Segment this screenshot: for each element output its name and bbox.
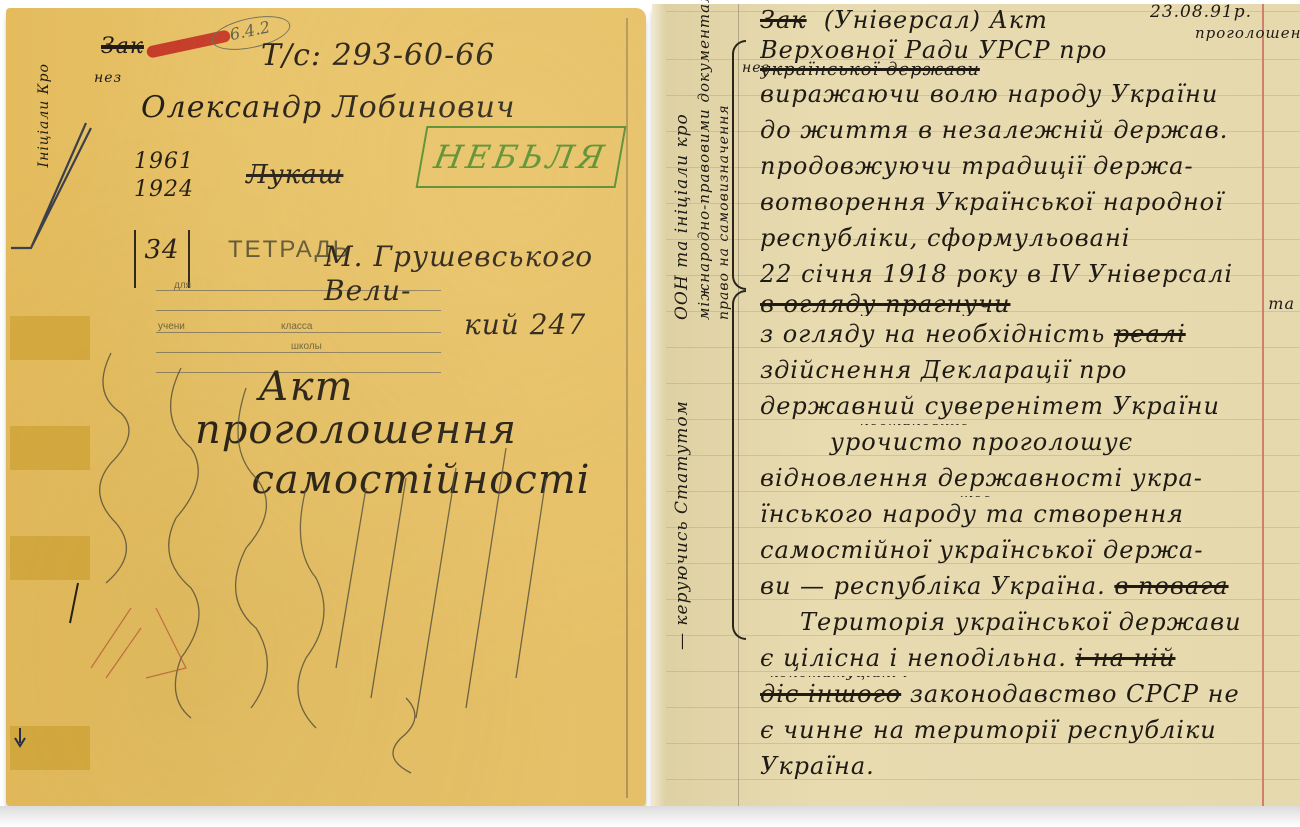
text-line: виражаючи волю народу України [760, 76, 1295, 112]
vertical-note-4: — керуючись Статутом [672, 330, 692, 650]
vertical-note-2: міжнародно-правовими документами [694, 60, 714, 320]
text-line: державний суверенітет України [760, 388, 1295, 424]
cover-vertical-note: Ініціали Кро [34, 63, 54, 167]
text-line: в огляду прагнучи та [760, 292, 1295, 316]
text-line: продовжуючи традиції держа- [760, 148, 1295, 184]
text-line: самостійної української держа- [760, 532, 1295, 568]
photo-bottom-edge [0, 806, 1300, 827]
text-line: з огляду на необхідність реалі [760, 316, 1295, 352]
text-line: вотворення Української народної [760, 184, 1295, 220]
text-line: постановляє урочисто проголошує [760, 424, 1295, 460]
text-line: Україна. [760, 748, 1295, 784]
pencil-scribbles [6, 8, 646, 806]
text-line: Територія української держави [760, 604, 1295, 640]
margin-bracket [732, 290, 746, 640]
notebook-cover: Зак 6.4.2 Т/с: 293-60-66 нез Олександр Л… [6, 8, 646, 806]
handwritten-text: Зак (Універсал) Акт Верховної Ради УРСР … [760, 2, 1295, 784]
text-line: 22 січня 1918 року в IV Універсалі [760, 256, 1295, 292]
text-line: здійснення Декларації про [760, 352, 1295, 388]
text-line: є цілісна і неподільна. і на ній [760, 640, 1295, 676]
text-line: конституційні і діє іншого законодавство… [760, 676, 1295, 712]
vertical-note-3: право на самовизначення [714, 90, 734, 320]
torn-edge [652, 4, 666, 808]
vertical-note-1: ООН та ініціали кро [672, 60, 692, 320]
text-line: ви — республіка Україна. в повага [760, 568, 1295, 604]
text-line: тоє їнського народу та створення [760, 496, 1295, 532]
text-line: до життя в незалежній держав. [760, 112, 1295, 148]
text-line: республіки, сформульовані [760, 220, 1295, 256]
margin-bracket [732, 40, 746, 290]
text-line: відновлення державності укра- [760, 460, 1295, 496]
text-line: є чинне на території республіки [760, 712, 1295, 748]
